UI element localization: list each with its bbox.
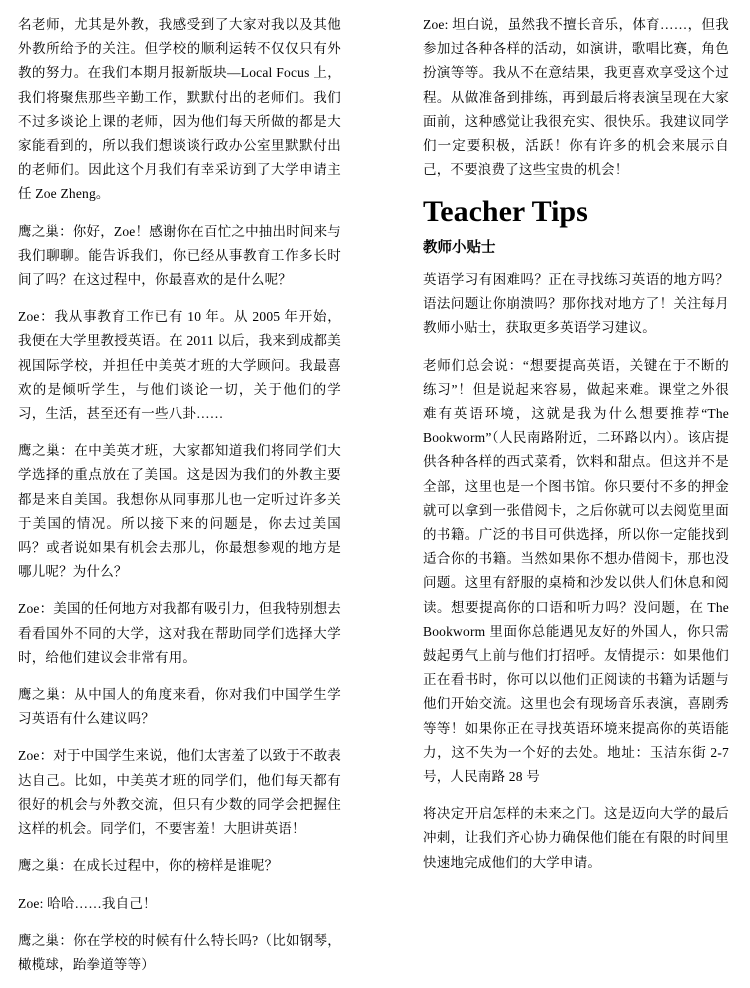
- answer-paragraph-5: Zoe: 坦白说，虽然我不擅长音乐，体育……，但我参加过各种各样的活动，如演讲，…: [423, 13, 729, 182]
- tips-intro-paragraph: 英语学习有困难吗？正在寻找练习英语的地方吗？语法问题让你崩溃吗？那你找对地方了！…: [423, 268, 729, 341]
- question-paragraph-1: 鹰之巢：你好，Zoe！感谢你在百忙之中抽出时间来与我们聊聊。能告诉我们，你已经从…: [18, 220, 341, 293]
- left-column: 名老师，尤其是外教，我感受到了大家对我以及其他外教所给予的关注。但学校的顺利运转…: [18, 13, 341, 977]
- answer-paragraph-2: Zoe：美国的任何地方对我都有吸引力，但我特别想去看看国外不同的大学，这对我在帮…: [18, 597, 341, 670]
- answer-paragraph-1: Zoe：我从事教育工作已有 10 年。从 2005 年开始，我便在大学里教授英语…: [18, 305, 341, 426]
- tips-body-paragraph: 老师们总会说：“想要提高英语，关键在于不断的练习”！但是说起来容易，做起来难。课…: [423, 354, 729, 790]
- teacher-tips-heading: Teacher Tips: [423, 195, 729, 230]
- teacher-tips-subheading: 教师小贴士: [423, 237, 729, 259]
- document-page: 名老师，尤其是外教，我感受到了大家对我以及其他外教所给予的关注。但学校的顺利运转…: [0, 0, 750, 988]
- answer-paragraph-3: Zoe：对于中国学生来说，他们太害羞了以致于不敢表达自己。比如，中美英才班的同学…: [18, 744, 341, 841]
- question-paragraph-5: 鹰之巢：你在学校的时候有什么特长吗?（比如钢琴，橄榄球，跆拳道等等）: [18, 929, 341, 977]
- tips-closing-paragraph: 将决定开启怎样的未来之门。这是迈向大学的最后冲刺，让我们齐心协力确保他们能在有限…: [423, 802, 729, 875]
- right-column: Zoe: 坦白说，虽然我不擅长音乐，体育……，但我参加过各种各样的活动，如演讲，…: [423, 13, 729, 875]
- question-paragraph-2: 鹰之巢：在中美英才班，大家都知道我们将同学们大学选择的重点放在了美国。这是因为我…: [18, 439, 341, 584]
- intro-paragraph: 名老师，尤其是外教，我感受到了大家对我以及其他外教所给予的关注。但学校的顺利运转…: [18, 13, 341, 207]
- question-paragraph-4: 鹰之巢：在成长过程中，你的榜样是谁呢？: [18, 854, 341, 878]
- question-paragraph-3: 鹰之巢：从中国人的角度来看，你对我们中国学生学习英语有什么建议吗？: [18, 683, 341, 731]
- answer-paragraph-4: Zoe: 哈哈……我自己！: [18, 892, 341, 916]
